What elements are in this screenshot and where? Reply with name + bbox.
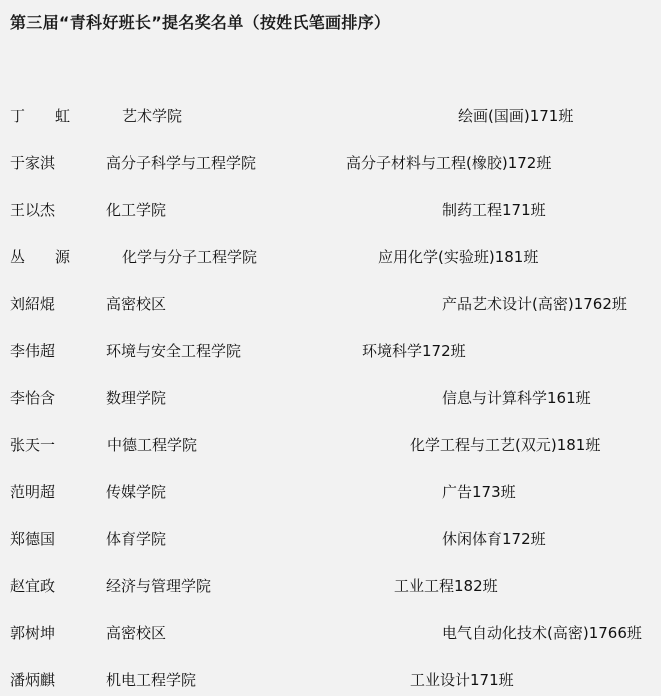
nominee-row: 张天一中德工程学院化学工程与工艺(双元)181班: [0, 434, 661, 456]
nominee-class: 化学工程与工艺(双元)181班: [410, 434, 600, 456]
nominee-college: 化学与分子工程学院: [122, 246, 257, 268]
nominee-class: 工业工程182班: [394, 575, 498, 597]
nominee-college: 经济与管理学院: [106, 575, 211, 597]
nominee-class: 休闲体育172班: [442, 528, 546, 550]
nominee-college: 高分子科学与工程学院: [106, 152, 256, 174]
nominee-college: 传媒学院: [106, 481, 166, 503]
nominee-name: 郭树坤: [10, 622, 55, 644]
nominee-college: 环境与安全工程学院: [106, 340, 241, 362]
nominee-row: 范明超传媒学院广告173班: [0, 481, 661, 503]
nominee-college: 体育学院: [106, 528, 166, 550]
nominee-row: 潘炳麒机电工程学院工业设计171班: [0, 669, 661, 691]
nominee-row: 赵宜政经济与管理学院工业工程182班: [0, 575, 661, 597]
nominee-college: 高密校区: [106, 293, 166, 315]
nominee-class: 应用化学(实验班)181班: [378, 246, 538, 268]
nominee-name: 李伟超: [10, 340, 55, 362]
nominee-class: 高分子材料与工程(橡胶)172班: [346, 152, 551, 174]
nominee-class: 工业设计171班: [410, 669, 514, 691]
nominee-row: 李怡含数理学院信息与计算科学161班: [0, 387, 661, 409]
nominee-class: 信息与计算科学161班: [442, 387, 591, 409]
nominee-college: 机电工程学院: [106, 669, 196, 691]
nominee-college: 艺术学院: [122, 105, 182, 127]
nominee-college: 高密校区: [106, 622, 166, 644]
nominee-name: 刘紹焜: [10, 293, 55, 315]
nominee-class: 绘画(国画)171班: [458, 105, 573, 127]
nominee-name: 赵宜政: [10, 575, 55, 597]
nominee-row: 郑德国体育学院休闲体育172班: [0, 528, 661, 550]
nominee-name: 潘炳麒: [10, 669, 55, 691]
nominee-class: 产品艺术设计(高密)1762班: [442, 293, 627, 315]
nominee-college: 中德工程学院: [107, 434, 197, 456]
nominee-name: 张天一: [10, 434, 55, 456]
nominee-row: 刘紹焜高密校区产品艺术设计(高密)1762班: [0, 293, 661, 315]
nominee-row: 丛 源化学与分子工程学院应用化学(实验班)181班: [0, 246, 661, 268]
nominee-row: 于家淇高分子科学与工程学院高分子材料与工程(橡胶)172班: [0, 152, 661, 174]
nominee-name: 丁 虹: [10, 105, 70, 127]
nominee-name: 王以杰: [10, 199, 55, 221]
nominee-college: 化工学院: [106, 199, 166, 221]
nominee-class: 环境科学172班: [362, 340, 466, 362]
nominee-row: 郭树坤高密校区电气自动化技术(高密)1766班: [0, 622, 661, 644]
nominee-name: 于家淇: [10, 152, 55, 174]
nominee-name: 丛 源: [10, 246, 70, 268]
nominee-name: 李怡含: [10, 387, 55, 409]
nominee-name: 郑德国: [10, 528, 55, 550]
nominee-class: 广告173班: [442, 481, 516, 503]
nominee-row: 丁 虹艺术学院绘画(国画)171班: [0, 105, 661, 127]
nominee-class: 电气自动化技术(高密)1766班: [442, 622, 642, 644]
page-title: 第三届“青科好班长”提名奖名单（按姓氏笔画排序）: [10, 10, 390, 33]
nominee-row: 王以杰化工学院制药工程171班: [0, 199, 661, 221]
nominee-row: 李伟超环境与安全工程学院环境科学172班: [0, 340, 661, 362]
nominee-college: 数理学院: [106, 387, 166, 409]
nominee-name: 范明超: [10, 481, 55, 503]
nominee-class: 制药工程171班: [442, 199, 546, 221]
